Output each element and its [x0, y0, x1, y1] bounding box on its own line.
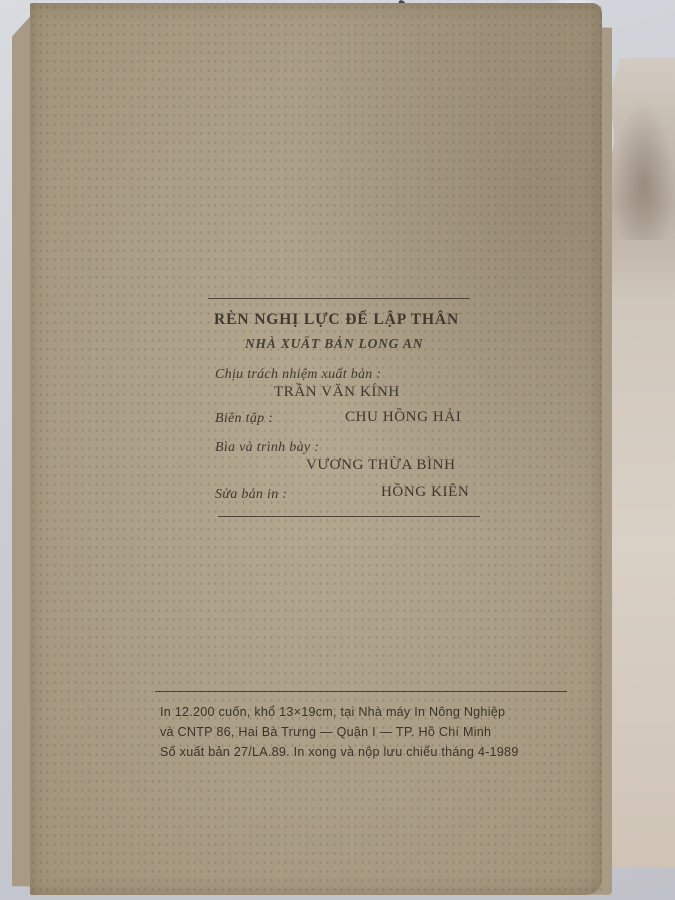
bottom-rule	[218, 516, 480, 517]
imprint-rule	[155, 691, 567, 692]
credit-role: Bìa và trình bày :	[215, 440, 319, 456]
credit-name: CHU HỒNG HẢI	[345, 409, 461, 426]
credit-role: Sửa bản in :	[215, 487, 287, 503]
credit-name: HỒNG KIÊN	[381, 484, 469, 501]
credit-role: Biên tập :	[215, 411, 273, 427]
imprint-block: In 12.200 cuốn, khổ 13×19cm, tại Nhà máy…	[160, 702, 580, 762]
imprint-line: In 12.200 cuốn, khổ 13×19cm, tại Nhà máy…	[160, 702, 580, 722]
imprint-line: và CNTP 86, Hai Bà Trưng — Quận I — TP. …	[160, 722, 580, 742]
book-title: RÈN NGHỊ LỰC ĐỂ LẬP THÂN	[214, 311, 459, 329]
credit-name: VƯƠNG THỪA BÌNH	[306, 457, 456, 474]
colophon: RÈN NGHỊ LỰC ĐỂ LẬP THÂN NHÀ XUẤT BẢN LO…	[0, 0, 675, 900]
top-rule	[208, 298, 470, 299]
imprint-line: Số xuất bản 27/LA.89. In xong và nộp lưu…	[160, 742, 580, 762]
credit-role: Chịu trách nhiệm xuất bản :	[215, 367, 381, 383]
credit-name: TRẦN VĂN KÍNH	[274, 384, 400, 401]
publisher-name: NHÀ XUẤT BẢN LONG AN	[245, 336, 423, 352]
